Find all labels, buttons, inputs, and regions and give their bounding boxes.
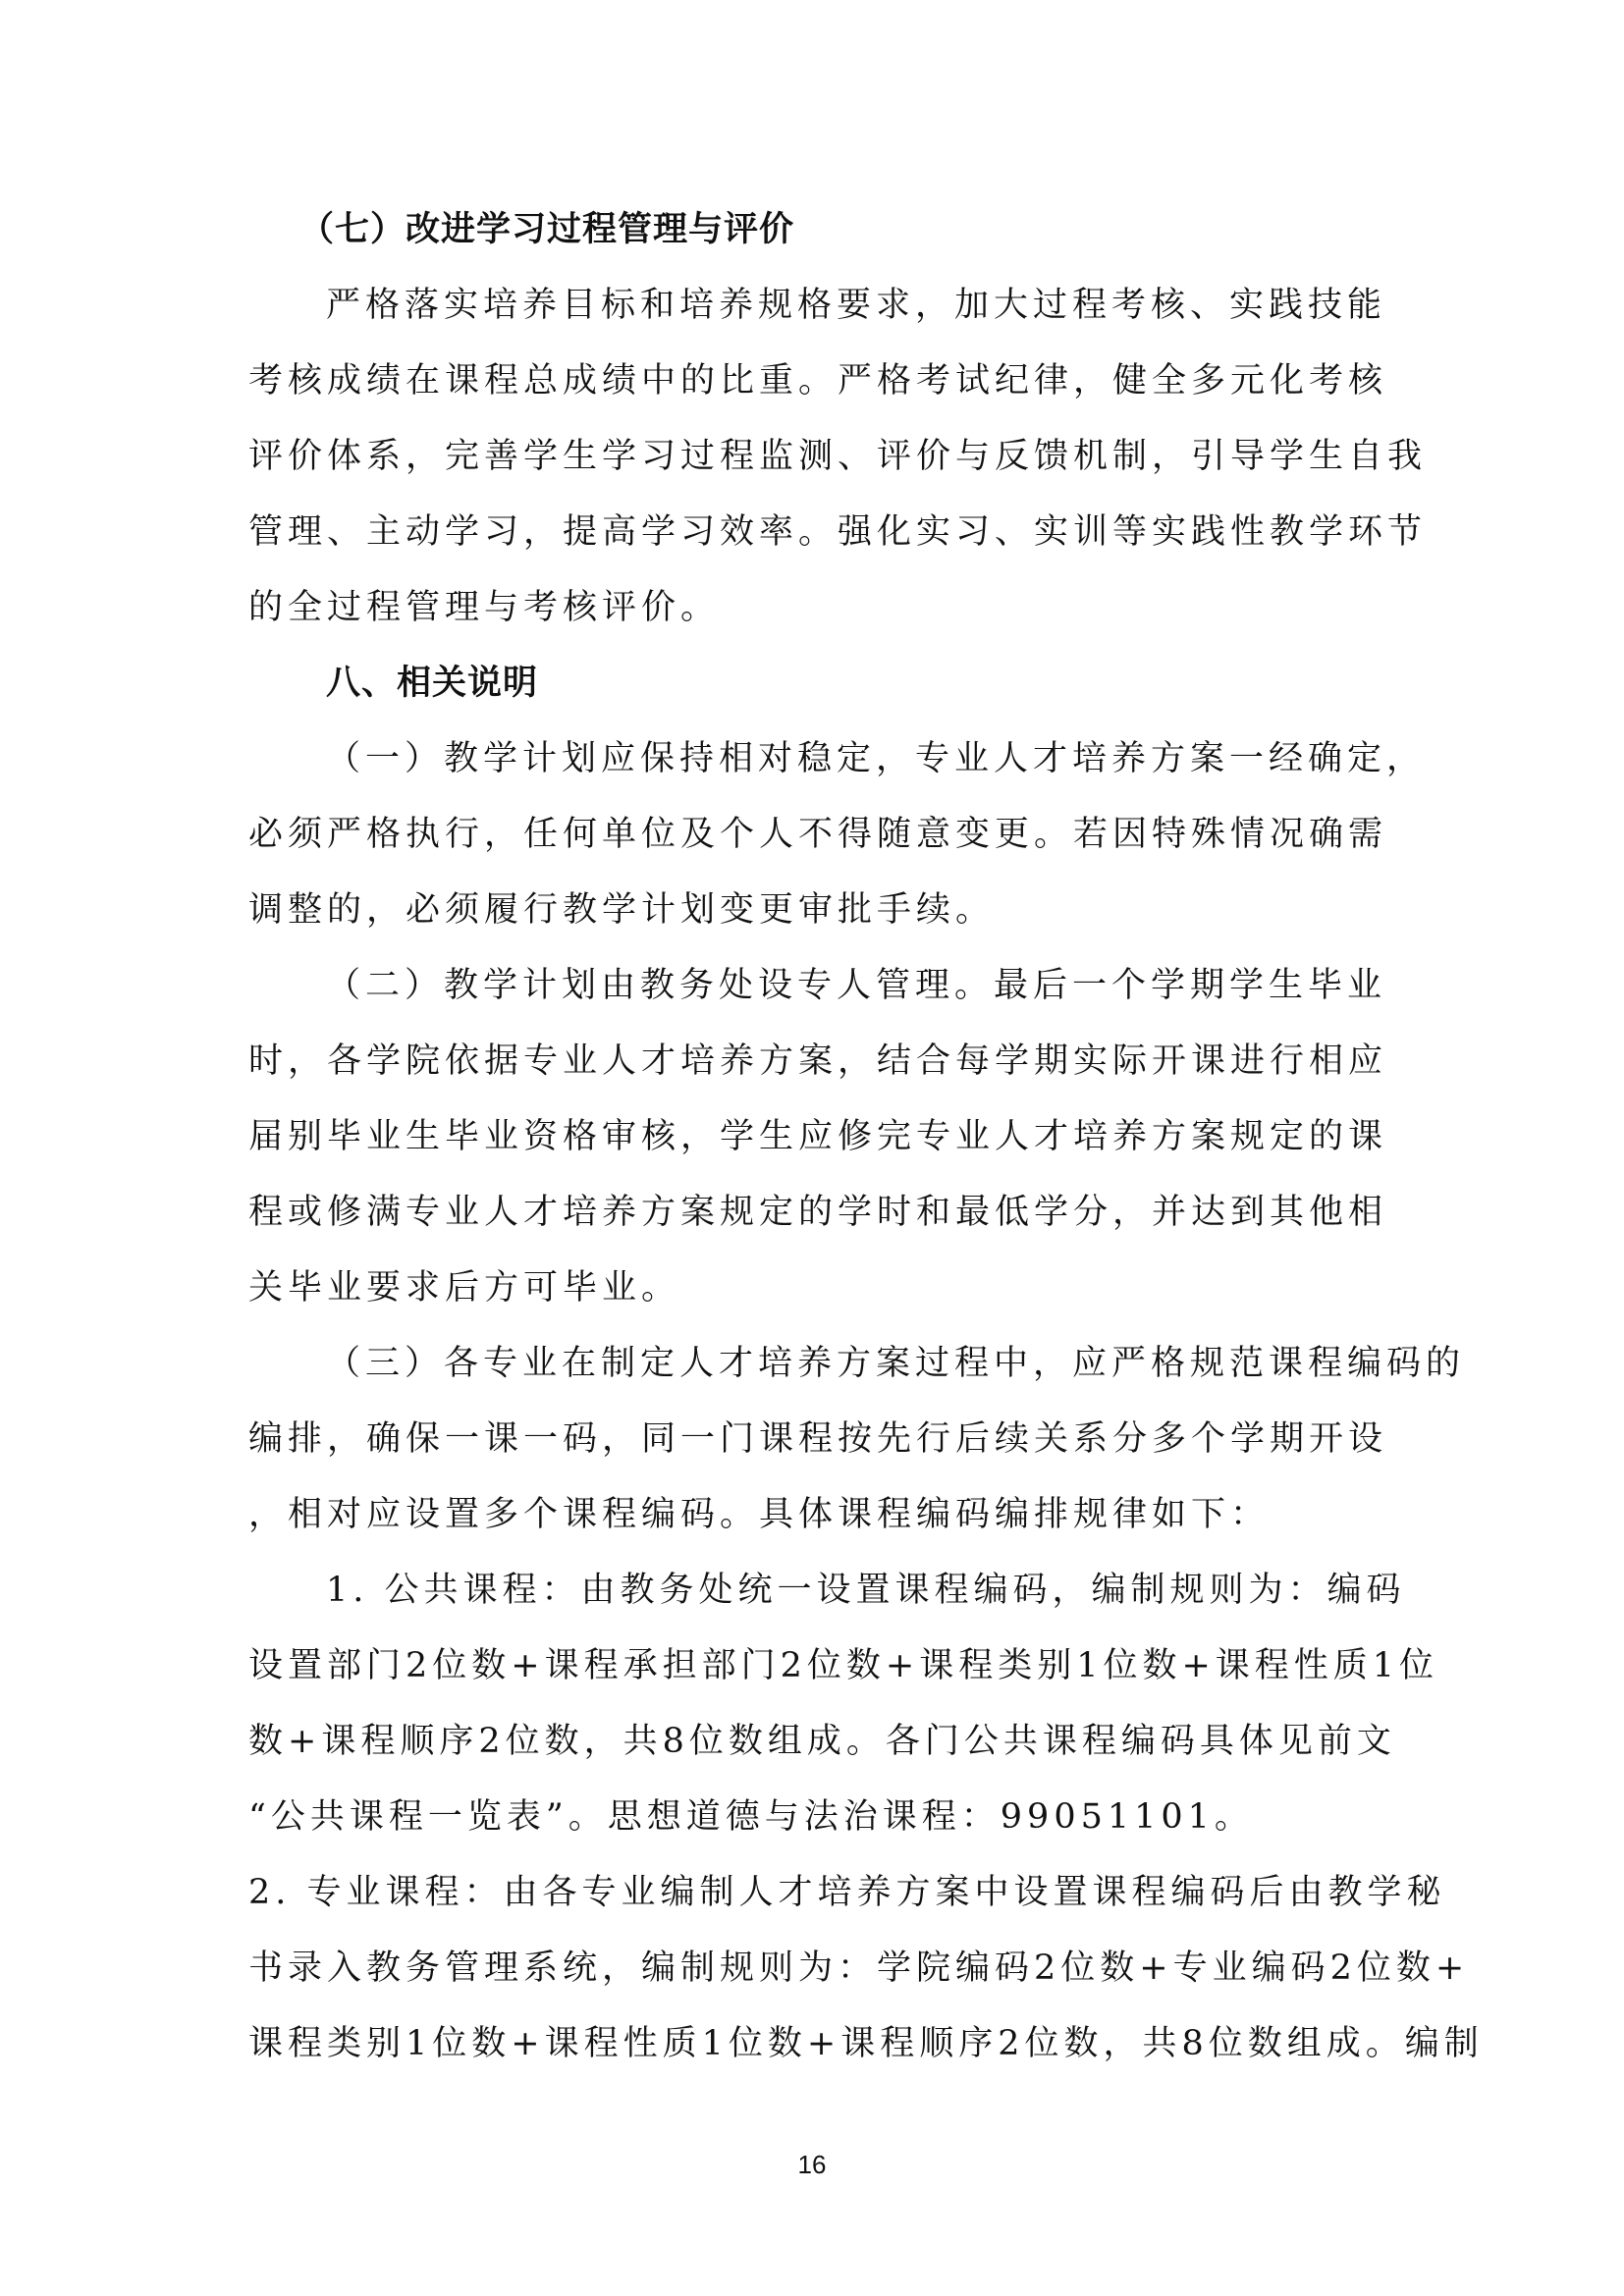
document-body: （七）改进学习过程管理与评价 严格落实培养目标和培养规格要求，加大过程考核、实践…	[248, 192, 1387, 2082]
page-number: 16	[0, 2150, 1624, 2180]
paragraph-line: ，相对应设置多个课程编码。具体课程编码编排规律如下：	[248, 1477, 1387, 1553]
paragraph-line: 关毕业要求后方可毕业。	[248, 1251, 1387, 1326]
paragraph-line: （三）各专业在制定人才培养方案过程中，应严格规范课程编码的	[248, 1326, 1387, 1402]
paragraph-line: 调整的，必须履行教学计划变更审批手续。	[248, 873, 1387, 948]
paragraph-line: （一）教学计划应保持相对稳定，专业人才培养方案一经确定，	[248, 721, 1387, 797]
section-heading-7: （七）改进学习过程管理与评价	[248, 192, 1387, 268]
paragraph-line: 必须严格执行，任何单位及个人不得随意变更。若因特殊情况确需	[248, 797, 1387, 873]
paragraph-line: （二）教学计划由教务处设专人管理。最后一个学期学生毕业	[248, 948, 1387, 1024]
paragraph-line: 时，各学院依据专业人才培养方案，结合每学期实际开课进行相应	[248, 1024, 1387, 1099]
paragraph-line: 届别毕业生毕业资格审核，学生应修完专业人才培养方案规定的课	[248, 1099, 1387, 1175]
paragraph-line: “公共课程一览表”。思想道德与法治课程：99051101。	[248, 1780, 1387, 1855]
paragraph-line: 设置部门2位数+课程承担部门2位数+课程类别1位数+课程性质1位	[248, 1629, 1387, 1704]
paragraph-line: 程或修满专业人才培养方案规定的学时和最低学分，并达到其他相	[248, 1175, 1387, 1251]
paragraph-line: 2. 专业课程：由各专业编制人才培养方案中设置课程编码后由教学秘	[248, 1855, 1387, 1931]
paragraph-line: 数+课程顺序2位数，共8位数组成。各门公共课程编码具体见前文	[248, 1704, 1387, 1780]
paragraph-line: 编排，确保一课一码，同一门课程按先行后续关系分多个学期开设	[248, 1402, 1387, 1477]
paragraph-line: 考核成绩在课程总成绩中的比重。严格考试纪律，健全多元化考核	[248, 344, 1387, 419]
section-heading-8: 八、相关说明	[248, 646, 1387, 721]
paragraph-line: 管理、主动学习，提高学习效率。强化实习、实训等实践性教学环节	[248, 495, 1387, 570]
paragraph-line: 评价体系，完善学生学习过程监测、评价与反馈机制，引导学生自我	[248, 419, 1387, 495]
paragraph-line: 书录入教务管理系统，编制规则为：学院编码2位数+专业编码2位数+	[248, 1931, 1387, 2006]
paragraph-line: 课程类别1位数+课程性质1位数+课程顺序2位数，共8位数组成。编制	[248, 2006, 1387, 2082]
paragraph-line: 1. 公共课程：由教务处统一设置课程编码，编制规则为：编码	[248, 1553, 1387, 1629]
paragraph-line: 严格落实培养目标和培养规格要求，加大过程考核、实践技能	[248, 268, 1387, 344]
paragraph-line: 的全过程管理与考核评价。	[248, 570, 1387, 646]
